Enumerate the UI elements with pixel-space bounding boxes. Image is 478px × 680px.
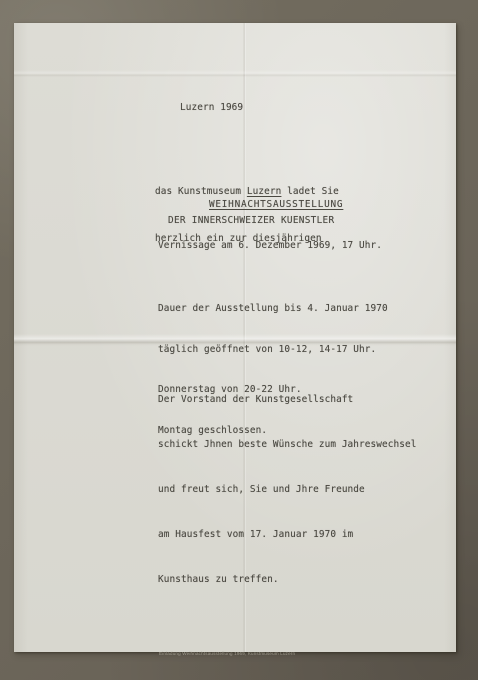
intro-line1-post: ladet Sie — [281, 186, 338, 197]
intro-city-underlined: Luzern — [247, 186, 281, 197]
intro-line1-pre: das Kunstmuseum — [155, 186, 247, 197]
closing-line-4: am Hausfest vom 17. Januar 1970 im — [158, 527, 417, 542]
upper-fold-crease — [14, 70, 456, 77]
closing-line-2: schickt Jhnen beste Wünsche zum Jahreswe… — [158, 437, 417, 452]
closing-paragraph: Der Vorstand der Kunstgesellschaft schic… — [158, 362, 417, 617]
closing-line-3: und freut sich, Sie und Jhre Freunde — [158, 482, 417, 497]
intro-line-1: das Kunstmuseum Luzern ladet Sie — [155, 184, 339, 200]
vernissage-line: Vernissage am 6. Dezember 1969, 17 Uhr. — [158, 240, 382, 251]
mount-credit-caption: Einladung Weihnachtsausstellung 1969, Ku… — [159, 651, 295, 656]
opening-line-2: täglich geöffnet von 10-12, 14-17 Uhr. — [158, 343, 388, 357]
place-date-line: Luzern 1969 — [157, 91, 243, 124]
exhibition-title-line2: DER INNERSCHWEIZER KUENSTLER — [168, 215, 334, 226]
place-date-text: Luzern 1969 — [180, 102, 243, 113]
closing-line-5: Kunsthaus zu treffen. — [158, 572, 417, 587]
closing-line-1: Der Vorstand der Kunstgesellschaft — [158, 392, 417, 407]
exhibition-title-line1: WEIHNACHTSAUSSTELLUNG — [209, 199, 343, 210]
scanned-poster-page: { "colors": { "mount_background": "#6d67… — [0, 0, 478, 680]
letter-sheet: Luzern 1969 das Kunstmuseum Luzern ladet… — [14, 23, 456, 652]
opening-line-1: Dauer der Ausstellung bis 4. Januar 1970 — [158, 302, 388, 316]
